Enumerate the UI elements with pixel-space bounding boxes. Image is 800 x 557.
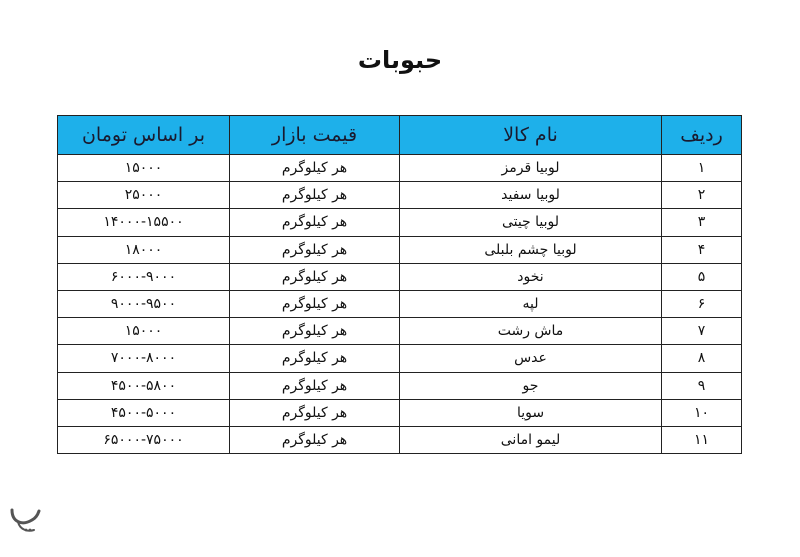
row-item-name: لپه: [400, 290, 662, 317]
header-unit: قیمت بازار: [230, 116, 400, 155]
row-price: ۱۸۰۰۰: [58, 236, 230, 263]
row-unit: هر کیلوگرم: [230, 263, 400, 290]
header-price: بر اساس تومان: [58, 116, 230, 155]
row-price: ۱۴۰۰۰-۱۵۵۰۰: [58, 209, 230, 236]
table-row: ۷ماش رشتهر کیلوگرم۱۵۰۰۰: [58, 318, 742, 345]
header-index: ردیف: [662, 116, 742, 155]
row-price: ۴۵۰۰-۵۰۰۰: [58, 399, 230, 426]
row-item-name: نخود: [400, 263, 662, 290]
row-index: ۸: [662, 345, 742, 372]
table-header-row: ردیف نام کالا قیمت بازار بر اساس تومان: [58, 116, 742, 155]
table-row: ۸عدسهر کیلوگرم۷۰۰۰-۸۰۰۰: [58, 345, 742, 372]
row-index: ۹: [662, 372, 742, 399]
row-unit: هر کیلوگرم: [230, 155, 400, 182]
row-index: ۳: [662, 209, 742, 236]
row-unit: هر کیلوگرم: [230, 182, 400, 209]
header-name: نام کالا: [400, 116, 662, 155]
row-unit: هر کیلوگرم: [230, 426, 400, 453]
price-table: ردیف نام کالا قیمت بازار بر اساس تومان ۱…: [57, 115, 742, 454]
row-item-name: لوبیا چشم بلبلی: [400, 236, 662, 263]
table-row: ۵نخودهر کیلوگرم۶۰۰۰-۹۰۰۰: [58, 263, 742, 290]
row-index: ۵: [662, 263, 742, 290]
row-unit: هر کیلوگرم: [230, 209, 400, 236]
table-row: ۱۱لیمو امانیهر کیلوگرم۶۵۰۰۰-۷۵۰۰۰: [58, 426, 742, 453]
row-unit: هر کیلوگرم: [230, 318, 400, 345]
row-price: ۷۰۰۰-۸۰۰۰: [58, 345, 230, 372]
row-price: ۱۵۰۰۰: [58, 155, 230, 182]
row-price: ۴۵۰۰-۵۸۰۰: [58, 372, 230, 399]
row-index: ۷: [662, 318, 742, 345]
row-item-name: لوبیا چیتی: [400, 209, 662, 236]
row-unit: هر کیلوگرم: [230, 290, 400, 317]
table-row: ۱۰سویاهر کیلوگرم۴۵۰۰-۵۰۰۰: [58, 399, 742, 426]
row-index: ۲: [662, 182, 742, 209]
row-index: ۱۱: [662, 426, 742, 453]
row-price: ۶۰۰۰-۹۰۰۰: [58, 263, 230, 290]
table-row: ۴لوبیا چشم بلبلیهر کیلوگرم۱۸۰۰۰: [58, 236, 742, 263]
row-item-name: لیمو امانی: [400, 426, 662, 453]
page-title: حبوبات: [0, 46, 800, 74]
row-index: ۱۰: [662, 399, 742, 426]
row-price: ۱۵۰۰۰: [58, 318, 230, 345]
row-item-name: جو: [400, 372, 662, 399]
table-row: ۱لوبیا قرمزهر کیلوگرم۱۵۰۰۰: [58, 155, 742, 182]
tasnim-logo-icon: [6, 500, 46, 536]
table-row: ۳لوبیا چیتیهر کیلوگرم۱۴۰۰۰-۱۵۵۰۰: [58, 209, 742, 236]
table-row: ۶لپههر کیلوگرم۹۰۰۰-۹۵۰۰: [58, 290, 742, 317]
row-item-name: لوبیا سفید: [400, 182, 662, 209]
row-price: ۲۵۰۰۰: [58, 182, 230, 209]
row-unit: هر کیلوگرم: [230, 345, 400, 372]
row-index: ۶: [662, 290, 742, 317]
row-item-name: لوبیا قرمز: [400, 155, 662, 182]
row-price: ۶۵۰۰۰-۷۵۰۰۰: [58, 426, 230, 453]
row-price: ۹۰۰۰-۹۵۰۰: [58, 290, 230, 317]
row-item-name: عدس: [400, 345, 662, 372]
row-item-name: ماش رشت: [400, 318, 662, 345]
row-index: ۱: [662, 155, 742, 182]
table-row: ۲لوبیا سفیدهر کیلوگرم۲۵۰۰۰: [58, 182, 742, 209]
table-row: ۹جوهر کیلوگرم۴۵۰۰-۵۸۰۰: [58, 372, 742, 399]
row-unit: هر کیلوگرم: [230, 372, 400, 399]
row-item-name: سویا: [400, 399, 662, 426]
row-unit: هر کیلوگرم: [230, 399, 400, 426]
row-unit: هر کیلوگرم: [230, 236, 400, 263]
row-index: ۴: [662, 236, 742, 263]
